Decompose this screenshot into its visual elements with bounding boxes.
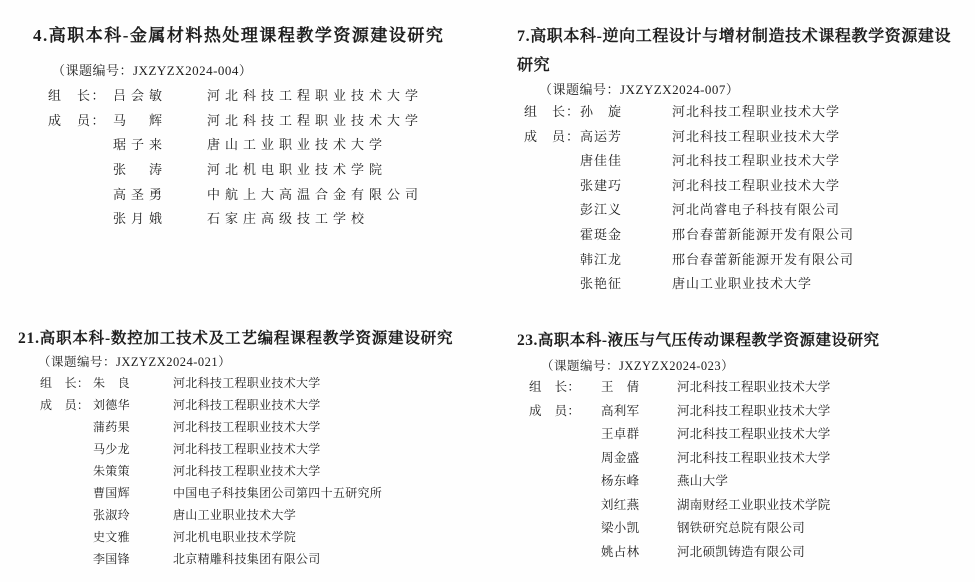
- roster-row: 唐佳佳 河北科技工程职业技术大学: [524, 149, 967, 174]
- project-roster: 组 长： 孙 旋 河北科技工程职业技术大学 成 员： 高运芳 河北科技工程职业技…: [517, 100, 967, 297]
- person-affiliation: 河北科技工程职业技术大学: [677, 376, 967, 400]
- roster-row: 组 长： 朱 良 河北科技工程职业技术大学: [40, 372, 478, 394]
- role-label: 组 长：: [48, 84, 113, 109]
- person-name: 高利军: [601, 400, 677, 424]
- roster-row: 蒲药果 河北科技工程职业技术大学: [40, 416, 478, 438]
- roster-row: 组 长： 吕会敏 河北科技工程职业技术大学: [48, 84, 475, 109]
- roster-row: 张建巧 河北科技工程职业技术大学: [524, 174, 967, 199]
- roster-row: 姚占林 河北硕凯铸造有限公司: [529, 541, 967, 565]
- person-name: 史文雅: [93, 526, 173, 548]
- role-label: [524, 272, 580, 297]
- roster-row: 成 员： 高运芳 河北科技工程职业技术大学: [524, 125, 967, 150]
- person-name: 吕会敏: [113, 84, 207, 109]
- person-affiliation: 中国电子科技集团公司第四十五研究所: [173, 482, 478, 504]
- role-label: [40, 504, 93, 526]
- person-name: 王卓群: [601, 423, 677, 447]
- roster-row: 组 长： 王 倩 河北科技工程职业技术大学: [529, 376, 967, 400]
- roster-row: 成 员： 高利军 河北科技工程职业技术大学: [529, 400, 967, 424]
- person-affiliation: 河北科技工程职业技术大学: [677, 423, 967, 447]
- person-name: 张淑玲: [93, 504, 173, 526]
- person-affiliation: 河北尚睿电子科技有限公司: [672, 198, 967, 223]
- project-block-23: 23.高职本科-液压与气压传动课程教学资源建设研究 （课题编号：JXZYZX20…: [517, 330, 967, 564]
- person-name: 刘红燕: [601, 494, 677, 518]
- person-name: 唐佳佳: [580, 149, 672, 174]
- project-title: 21.高职本科-数控加工技术及工艺编程课程教学资源建设研究: [18, 328, 478, 349]
- person-affiliation: 河北机电职业技术学院: [207, 158, 475, 183]
- roster-row: 成 员： 刘德华 河北科技工程职业技术大学: [40, 394, 478, 416]
- person-name: 高运芳: [580, 125, 672, 150]
- person-affiliation: 河北科技工程职业技术大学: [677, 447, 967, 471]
- person-affiliation: 河北科技工程职业技术大学: [672, 125, 967, 150]
- roster-row: 朱策策 河北科技工程职业技术大学: [40, 460, 478, 482]
- person-name: 朱策策: [93, 460, 173, 482]
- role-label: [524, 223, 580, 248]
- project-code: （课题编号：JXZYZX2024-007）: [539, 80, 967, 99]
- project-code: （课题编号：JXZYZX2024-023）: [541, 356, 967, 376]
- role-label: [48, 133, 113, 158]
- person-affiliation: 湖南财经工业职业技术学院: [677, 494, 967, 518]
- person-name: 韩江龙: [580, 248, 672, 273]
- person-affiliation: 河北机电职业技术学院: [173, 526, 478, 548]
- role-label: [40, 416, 93, 438]
- roster-row: 马少龙 河北科技工程职业技术大学: [40, 438, 478, 460]
- person-affiliation: 唐山工业职业技术大学: [207, 133, 475, 158]
- role-label: 组 长：: [524, 100, 580, 125]
- roster-row: 组 长： 孙 旋 河北科技工程职业技术大学: [524, 100, 967, 125]
- person-name: 杨东峰: [601, 470, 677, 494]
- person-affiliation: 石家庄高级技工学校: [207, 207, 475, 232]
- person-affiliation: 河北科技工程职业技术大学: [173, 394, 478, 416]
- person-name: 琚子来: [113, 133, 207, 158]
- person-affiliation: 河北科技工程职业技术大学: [173, 460, 478, 482]
- project-title: 23.高职本科-液压与气压传动课程教学资源建设研究: [517, 330, 967, 351]
- roster-row: 曹国辉 中国电子科技集团公司第四十五研究所: [40, 482, 478, 504]
- person-affiliation: 唐山工业职业技术大学: [173, 504, 478, 526]
- role-label: [524, 248, 580, 273]
- person-name: 朱 良: [93, 372, 173, 394]
- roster-row: 张 涛 河北机电职业技术学院: [48, 158, 475, 183]
- roster-row: 周金盛 河北科技工程职业技术大学: [529, 447, 967, 471]
- person-affiliation: 邢台春蕾新能源开发有限公司: [672, 223, 967, 248]
- project-block-4: 4.高职本科-金属材料热处理课程教学资源建设研究 （课题编号：JXZYZX202…: [30, 22, 475, 232]
- person-affiliation: 邢台春蕾新能源开发有限公司: [672, 248, 967, 273]
- role-label: [40, 438, 93, 460]
- person-name: 张艳征: [580, 272, 672, 297]
- roster-row: 杨东峰 燕山大学: [529, 470, 967, 494]
- roster-row: 李国锋 北京精雕科技集团有限公司: [40, 548, 478, 570]
- person-affiliation: 唐山工业职业技术大学: [672, 272, 967, 297]
- person-name: 霍珽金: [580, 223, 672, 248]
- role-label: [529, 423, 601, 447]
- person-name: 马少龙: [93, 438, 173, 460]
- project-title: 7.高职本科-逆向工程设计与增材制造技术课程教学资源建设研究: [517, 22, 967, 80]
- role-label: [529, 541, 601, 565]
- roster-row: 张淑玲 唐山工业职业技术大学: [40, 504, 478, 526]
- roster-row: 张艳征 唐山工业职业技术大学: [524, 272, 967, 297]
- person-affiliation: 河北科技工程职业技术大学: [672, 100, 967, 125]
- role-label: [48, 207, 113, 232]
- project-roster: 组 长： 吕会敏 河北科技工程职业技术大学 成 员： 马 辉 河北科技工程职业技…: [30, 84, 475, 232]
- role-label: [40, 460, 93, 482]
- person-name: 王 倩: [601, 376, 677, 400]
- role-label: [524, 174, 580, 199]
- person-name: 李国锋: [93, 548, 173, 570]
- project-title: 4.高职本科-金属材料热处理课程教学资源建设研究: [33, 22, 475, 50]
- person-name: 张 涛: [113, 158, 207, 183]
- person-name: 孙 旋: [580, 100, 672, 125]
- project-code: （课题编号：JXZYZX2024-021）: [38, 352, 478, 372]
- role-label: [40, 548, 93, 570]
- project-block-7: 7.高职本科-逆向工程设计与增材制造技术课程教学资源建设研究 （课题编号：JXZ…: [517, 22, 967, 297]
- document-page: 4.高职本科-金属材料热处理课程教学资源建设研究 （课题编号：JXZYZX202…: [0, 0, 975, 582]
- person-affiliation: 河北硕凯铸造有限公司: [677, 541, 967, 565]
- person-affiliation: 河北科技工程职业技术大学: [207, 84, 475, 109]
- role-label: [524, 198, 580, 223]
- roster-row: 彭江义 河北尚睿电子科技有限公司: [524, 198, 967, 223]
- role-label: 成 员：: [524, 125, 580, 150]
- person-affiliation: 河北科技工程职业技术大学: [672, 174, 967, 199]
- role-label: [48, 183, 113, 208]
- person-name: 姚占林: [601, 541, 677, 565]
- person-affiliation: 河北科技工程职业技术大学: [173, 372, 478, 394]
- roster-row: 梁小凯 钢铁研究总院有限公司: [529, 517, 967, 541]
- person-name: 彭江义: [580, 198, 672, 223]
- role-label: 成 员：: [40, 394, 93, 416]
- person-name: 周金盛: [601, 447, 677, 471]
- project-roster: 组 长： 王 倩 河北科技工程职业技术大学 成 员： 高利军 河北科技工程职业技…: [517, 376, 967, 564]
- project-roster: 组 长： 朱 良 河北科技工程职业技术大学 成 员： 刘德华 河北科技工程职业技…: [18, 372, 478, 570]
- person-affiliation: 河北科技工程职业技术大学: [672, 149, 967, 174]
- person-affiliation: 河北科技工程职业技术大学: [173, 438, 478, 460]
- role-label: [529, 517, 601, 541]
- roster-row: 霍珽金 邢台春蕾新能源开发有限公司: [524, 223, 967, 248]
- person-affiliation: 河北科技工程职业技术大学: [207, 109, 475, 134]
- person-affiliation: 中航上大高温合金有限公司: [207, 183, 475, 208]
- role-label: [40, 482, 93, 504]
- person-name: 马 辉: [113, 109, 207, 134]
- person-name: 蒲药果: [93, 416, 173, 438]
- role-label: [48, 158, 113, 183]
- role-label: 成 员：: [529, 400, 601, 424]
- roster-row: 高圣勇 中航上大高温合金有限公司: [48, 183, 475, 208]
- role-label: [529, 494, 601, 518]
- person-name: 张月娥: [113, 207, 207, 232]
- project-block-21: 21.高职本科-数控加工技术及工艺编程课程教学资源建设研究 （课题编号：JXZY…: [18, 328, 478, 570]
- person-name: 曹国辉: [93, 482, 173, 504]
- role-label: 组 长：: [40, 372, 93, 394]
- role-label: [40, 526, 93, 548]
- person-affiliation: 钢铁研究总院有限公司: [677, 517, 967, 541]
- person-name: 梁小凯: [601, 517, 677, 541]
- roster-row: 琚子来 唐山工业职业技术大学: [48, 133, 475, 158]
- roster-row: 成 员： 马 辉 河北科技工程职业技术大学: [48, 109, 475, 134]
- role-label: 组 长：: [529, 376, 601, 400]
- role-label: [529, 447, 601, 471]
- person-affiliation: 河北科技工程职业技术大学: [173, 416, 478, 438]
- role-label: 成 员：: [48, 109, 113, 134]
- person-name: 高圣勇: [113, 183, 207, 208]
- project-code: （课题编号：JXZYZX2024-004）: [52, 60, 475, 82]
- role-label: [529, 470, 601, 494]
- person-affiliation: 燕山大学: [677, 470, 967, 494]
- roster-row: 韩江龙 邢台春蕾新能源开发有限公司: [524, 248, 967, 273]
- roster-row: 史文雅 河北机电职业技术学院: [40, 526, 478, 548]
- person-name: 刘德华: [93, 394, 173, 416]
- roster-row: 王卓群 河北科技工程职业技术大学: [529, 423, 967, 447]
- person-name: 张建巧: [580, 174, 672, 199]
- person-affiliation: 河北科技工程职业技术大学: [677, 400, 967, 424]
- roster-row: 刘红燕 湖南财经工业职业技术学院: [529, 494, 967, 518]
- person-affiliation: 北京精雕科技集团有限公司: [173, 548, 478, 570]
- roster-row: 张月娥 石家庄高级技工学校: [48, 207, 475, 232]
- role-label: [524, 149, 580, 174]
